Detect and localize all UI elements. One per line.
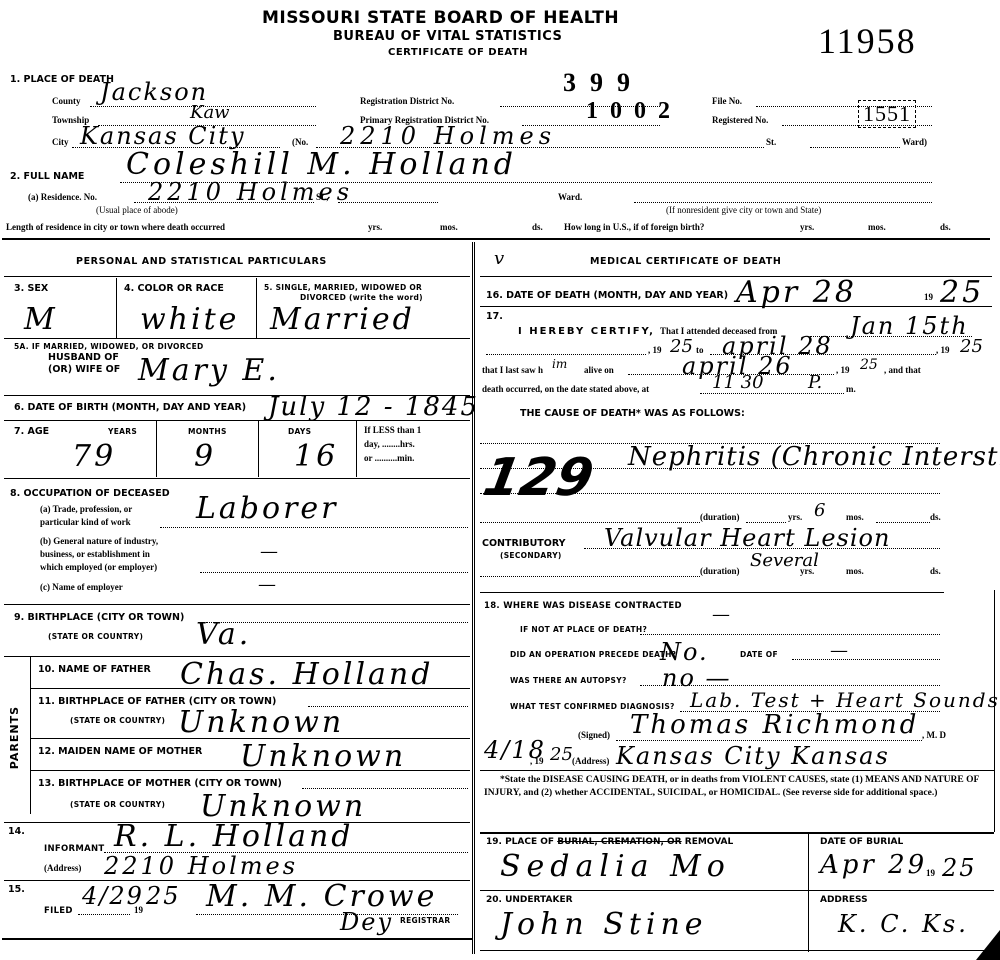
nonresident-line (634, 202, 932, 203)
filed-date-line (78, 914, 130, 915)
spouse-value: Mary E. (138, 356, 280, 386)
burial-place-label-post: REMOVAL (682, 837, 734, 847)
undertaker-value: John Stine (500, 910, 708, 940)
undertaker-address-value: K. C. Ks. (838, 912, 969, 936)
test-value: Lab. Test + Heart Sounds. (690, 690, 1000, 710)
operation-label: DID AN OPERATION PRECEDE DEATH? (510, 650, 676, 659)
sign-address-label: (Address) (572, 756, 609, 766)
death-occurred-text: death occurred, on the date stated above… (482, 384, 649, 394)
cause-footnote: *State the DISEASE CAUSING DEATH, or in … (484, 774, 984, 800)
rule (4, 338, 470, 339)
foreign-yrs-label: yrs. (800, 222, 814, 232)
informant-value: R. L. Holland (114, 822, 353, 852)
father-value: Chas. Holland (180, 660, 433, 690)
filed-year-prefix: 19 (134, 905, 143, 915)
color-value: white (140, 305, 239, 335)
spouse-label-2: HUSBAND OF (48, 352, 119, 363)
file-no-label: File No. (712, 96, 742, 106)
autopsy-label: WAS THERE AN AUTOPSY? (510, 676, 627, 685)
death-time-line (700, 393, 844, 394)
city-label: City (52, 137, 69, 147)
county-value: Jackson (100, 80, 208, 104)
where-contracted-value: — (712, 606, 730, 624)
death-time-value: 11 30 (712, 374, 764, 392)
personal-section-title: PERSONAL AND STATISTICAL PARTICULARS (76, 256, 327, 267)
board-title: MISSOURI STATE BOARD OF HEALTH (262, 8, 619, 28)
ward-line (810, 147, 900, 148)
less-than-label-1: If LESS than 1 (364, 425, 421, 435)
contributory-yrs-label: yrs. (800, 566, 814, 576)
trade-value: Laborer (196, 494, 339, 524)
alive-text: alive on (584, 365, 614, 375)
md-label: , M. D (922, 730, 946, 740)
contributory-ds-label: ds. (930, 566, 941, 576)
stamp-number: 399 (563, 68, 644, 98)
contributory-duration-line (480, 576, 700, 577)
mother-birthplace-label: 13. BIRTHPLACE OF MOTHER (CITY OR TOWN) (38, 778, 282, 789)
rule (480, 950, 994, 951)
informant-address-label: (Address) (44, 863, 81, 873)
trade-label-1: (a) Trade, profession, or (40, 504, 132, 514)
street-value: 2210 Holmes (340, 124, 556, 148)
where-contracted-label: 18. WHERE WAS DISEASE CONTRACTED (484, 601, 682, 611)
m-label: m. (846, 384, 856, 394)
burial-year-prefix: 19 (926, 868, 935, 878)
rule (2, 938, 472, 940)
industry-value: — (260, 543, 278, 561)
burial-date-label: DATE OF BURIAL (820, 837, 903, 847)
dod-value: Apr 28 (736, 278, 857, 308)
burial-year-value: 25 (942, 856, 977, 880)
registrar-line (196, 914, 458, 915)
rule (156, 421, 157, 477)
residence-ward-line (338, 202, 438, 203)
rule (480, 306, 992, 307)
rule (808, 834, 809, 952)
cause-yrs-label: yrs. (788, 512, 802, 522)
mother-birthplace-state-label: (STATE OR COUNTRY) (70, 800, 165, 809)
age-years-value: 79 (72, 442, 116, 472)
death-ampm-value: P. (808, 374, 822, 392)
father-label: 10. NAME OF FATHER (38, 664, 151, 675)
signed-value: Thomas Richmond (630, 712, 919, 738)
rule (4, 420, 470, 421)
burial-date-value: Apr 29 (820, 852, 927, 878)
length-ds-label: ds. (532, 222, 543, 232)
registrar-label: REGISTRAR (400, 916, 450, 925)
occupation-label: 8. OCCUPATION OF DECEASED (10, 488, 170, 499)
undertaker-label: 20. UNDERTAKER (486, 895, 573, 905)
cert-number-17: 17. (486, 311, 503, 322)
residence-st-label: St., (316, 192, 329, 202)
last-saw-year: 25 (860, 358, 878, 372)
burial-place-label-struck: BURIAL, CREMATION, OR (557, 837, 681, 847)
cause-ds-line (876, 522, 930, 523)
length-yrs-label: yrs. (368, 222, 382, 232)
burial-place-label-pre: 19. PLACE OF (486, 837, 557, 847)
age-label: 7. AGE (14, 426, 49, 437)
birthplace-state-label: (STATE OR COUNTRY) (48, 632, 143, 641)
sex-label: 3. SEX (14, 283, 48, 294)
operation-value: No. (660, 640, 709, 664)
age-months-label: MONTHS (188, 427, 227, 436)
less-than-label-2: day, ........hrs. (364, 439, 415, 449)
less-than-label-3: or ..........min. (364, 453, 414, 463)
contributory-mos-label: mos. (846, 566, 864, 576)
certificate-number: 11958 (818, 20, 917, 62)
dob-value: July 12 - 1845 (268, 394, 479, 420)
cause-label: THE CAUSE OF DEATH* WAS AS FOLLOWS: (520, 408, 745, 419)
contributory-duration-label: (duration) (700, 566, 740, 576)
autopsy-value: no — (662, 666, 732, 690)
and-that-text: , and that (884, 365, 921, 375)
birthplace-value: Va. (196, 620, 251, 650)
spouse-label-1: 5A. IF MARRIED, WIDOWED, OR DIVORCED (14, 342, 204, 351)
mother-label: 12. MAIDEN NAME OF MOTHER (38, 746, 202, 757)
attended-to-year-prefix: , 19 (936, 345, 950, 355)
employer-label: (c) Name of employer (40, 582, 123, 592)
informant-label: INFORMANT (44, 844, 105, 854)
cause-duration-label: (duration) (700, 512, 740, 522)
marital-label: 5. SINGLE, MARRIED, WIDOWED OR (264, 283, 422, 292)
cause-yrs-line (746, 522, 786, 523)
certify-text: I HEREBY CERTIFY, (518, 326, 655, 337)
rule (356, 421, 357, 477)
date-of-line (792, 659, 940, 660)
undertaker-address-label: ADDRESS (820, 895, 868, 905)
filed-label: FILED (44, 906, 73, 916)
sex-value: M (24, 305, 58, 335)
attended-to-year: 25 (960, 338, 983, 356)
cause-value: Nephritis (Chronic Interstitial) (628, 444, 1000, 470)
employer-value: — (258, 576, 276, 594)
dod-year-prefix: 19 (924, 292, 933, 302)
dod-label: 16. DATE OF DEATH (MONTH, DAY AND YEAR) (486, 290, 728, 301)
full-name-value: Coleshill M. Holland (126, 150, 517, 180)
medical-section-title: MEDICAL CERTIFICATE OF DEATH (590, 256, 781, 267)
birthplace-label: 9. BIRTHPLACE (CITY OR TOWN) (14, 612, 184, 623)
date-of-value: — (830, 642, 848, 660)
county-label: County (52, 96, 81, 106)
trade-label-2: particular kind of work (40, 517, 131, 527)
marital-value: Married (270, 305, 415, 335)
industry-label-3: which employed (or employer) (40, 562, 157, 572)
date-of-label: DATE OF (740, 650, 778, 659)
sign-year-value: 25 (550, 746, 573, 764)
length-residence-label: Length of residence in city or town wher… (6, 222, 225, 232)
township-value: Kaw (190, 104, 230, 122)
registered-no-label: Registered No. (712, 115, 768, 125)
foreign-ds-label: ds. (940, 222, 951, 232)
registrar-value: M. M. Crowe (206, 882, 437, 912)
secondary-label: (SECONDARY) (500, 551, 562, 560)
rule (480, 890, 994, 891)
trade-line (160, 527, 468, 528)
attended-from-value: Jan 15th (850, 314, 969, 338)
filed-year-value: 25 (146, 884, 181, 908)
cause-duration-line (480, 522, 700, 523)
rule (480, 770, 994, 771)
place-of-death-label: 1. PLACE OF DEATH (10, 74, 114, 85)
industry-line (200, 572, 468, 573)
industry-label-1: (b) General nature of industry, (40, 536, 158, 546)
rule (480, 832, 994, 834)
city-value: Kansas City (80, 124, 246, 148)
primary-reg-district-value: 1002 (586, 98, 682, 125)
column-divider (472, 242, 476, 954)
color-label: 4. COLOR OR RACE (124, 283, 224, 294)
street-no-label: (No. (292, 137, 308, 147)
nonresident-note: (If nonresident give city or town and St… (666, 205, 821, 215)
attended-year-prefix: , 19 (648, 345, 662, 355)
rule (480, 592, 944, 593)
length-mos-label: mos. (440, 222, 458, 232)
attended-from-cont-line (486, 354, 646, 355)
if-not-label: IF NOT AT PLACE OF DEATH? (520, 625, 647, 634)
page-corner (976, 930, 1000, 960)
parents-label: PARENTS (8, 706, 21, 769)
bureau-subtitle: BUREAU OF VITAL STATISTICS (333, 29, 562, 44)
burial-place-label: 19. PLACE OF BURIAL, CREMATION, OR REMOV… (486, 837, 733, 847)
cause-mos-label: mos. (846, 512, 864, 522)
residence-ward-label: Ward. (558, 192, 582, 202)
residence-label: (a) Residence. No. (28, 192, 97, 202)
foreign-birth-label: How long in U.S., if of foreign birth? (564, 222, 704, 232)
rule (4, 604, 470, 605)
section-mark: v (494, 250, 504, 268)
street-st-label: St. (766, 137, 776, 147)
rule (30, 688, 470, 689)
burial-place-value: Sedalia Mo (500, 852, 731, 882)
last-saw-him: im (552, 358, 567, 370)
sign-address-value: Kansas City Kansas (616, 744, 890, 768)
informant-number: 14. (8, 826, 25, 837)
signed-line (616, 740, 922, 741)
rule (256, 278, 257, 338)
spouse-label-3: (OR) WIFE OF (48, 364, 120, 375)
father-birthplace-state-label: (STATE OR COUNTRY) (70, 716, 165, 725)
registrar-initials: Dey (340, 910, 393, 934)
ward-label: Ward) (902, 137, 927, 147)
rule (4, 276, 470, 277)
foreign-mos-label: mos. (868, 222, 886, 232)
cause-mos-value: 6 (814, 502, 825, 520)
sign-year-prefix: , 19 (530, 756, 544, 766)
age-months-value: 9 (194, 442, 216, 472)
if-not-line (640, 634, 940, 635)
rule (30, 656, 31, 814)
rule (258, 421, 259, 477)
age-days-label: DAYS (288, 427, 311, 436)
age-years-label: YEARS (108, 427, 137, 436)
cause-code: 129 (479, 448, 598, 508)
form-name: CERTIFICATE OF DEATH (388, 47, 528, 58)
father-birthplace-value: Unknown (178, 708, 344, 738)
section-divider (2, 238, 990, 240)
abode-note: (Usual place of abode) (96, 205, 178, 215)
cause-ds-label: ds. (930, 512, 941, 522)
dod-year-value: 25 (940, 278, 984, 308)
full-name-label: 2. FULL NAME (10, 171, 84, 182)
contributory-label: CONTRIBUTORY (482, 538, 566, 549)
reg-district-label: Registration District No. (360, 96, 454, 106)
last-saw-text: that I last saw h (482, 365, 543, 375)
rule (30, 770, 470, 771)
cause-line-3 (480, 493, 940, 494)
rule (4, 478, 470, 479)
age-days-value: 16 (294, 442, 338, 472)
mother-birthplace-value: Unknown (200, 792, 366, 822)
industry-label-2: business, or establishment in (40, 549, 150, 559)
dob-label: 6. DATE OF BIRTH (MONTH, DAY AND YEAR) (14, 402, 246, 413)
rule (116, 278, 117, 338)
mother-value: Unknown (240, 742, 406, 772)
contributory-value: Valvular Heart Lesion (604, 526, 890, 550)
marital-label-2: DIVORCED (write the word) (300, 293, 423, 302)
informant-address-value: 2210 Holmes (104, 854, 298, 878)
filed-number: 15. (8, 884, 25, 895)
registered-no-value: 1551 (858, 100, 916, 128)
signed-label: (Signed) (578, 730, 610, 740)
last-saw-year-prefix: , 19 (836, 365, 850, 375)
